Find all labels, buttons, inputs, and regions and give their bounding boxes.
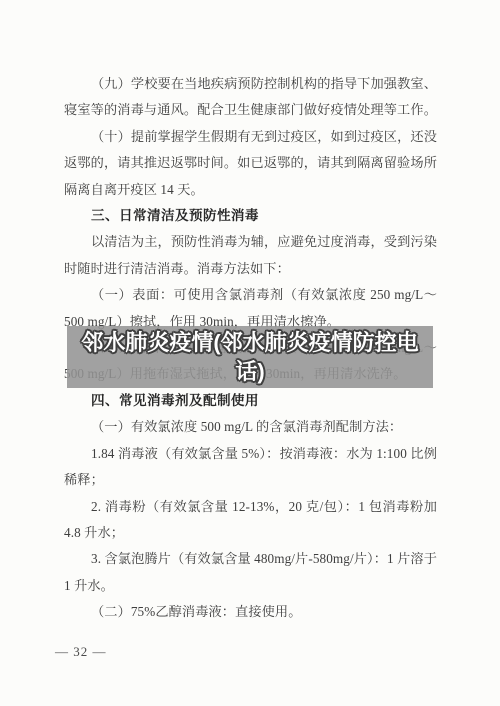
watermark-banner: 邻水肺炎疫情(邻水肺炎疫情防控电话) [67, 326, 433, 388]
page-number: — 32 — [55, 644, 107, 660]
document-line: 1.84 消毒液（有效氯含量 5%）：按消毒液：水为 1:100 比例 [64, 441, 437, 467]
document-line: 1 升水。 [64, 573, 437, 599]
document-line: （一）表面：可使用含氯消毒剂（有效氯浓度 250 mg/L～ [64, 282, 437, 308]
document-page: （九）学校要在当地疾病预防控制机构的指导下加强教室、 寝室等的消毒与通风。配合卫… [0, 0, 500, 706]
section-heading-daily-cleaning: 三、日常清洁及预防性消毒 [64, 203, 437, 229]
document-line: （一）有效氯浓度 500 mg/L 的含氯消毒剂配制方法： [64, 414, 437, 440]
section-heading-disinfectants: 四、常见消毒剂及配制使用 [64, 388, 437, 414]
document-line: 返鄂的，请其推迟返鄂时间。如已返鄂的，请其到隔离留验场所 [64, 150, 437, 176]
document-line: 稀释； [64, 467, 437, 493]
document-line: 隔离自离开疫区 14 天。 [64, 177, 437, 203]
watermark-title: 邻水肺炎疫情(邻水肺炎疫情防控电话) [74, 328, 426, 386]
document-line: （九）学校要在当地疾病预防控制机构的指导下加强教室、 [64, 71, 437, 97]
document-line: 2. 消毒粉（有效氯含量 12-13%，20 克/包）：1 包消毒粉加 [64, 494, 437, 520]
document-line: 时随时进行清洁消毒。消毒方法如下： [64, 256, 437, 282]
document-line: （十）提前掌握学生假期有无到过疫区，如到过疫区，还没 [64, 124, 437, 150]
document-line: 4.8 升水； [64, 520, 437, 546]
document-line: 寝室等的消毒与通风。配合卫生健康部门做好疫情处理等工作。 [64, 97, 437, 123]
document-line: （二）75%乙醇消毒液：直接使用。 [64, 599, 437, 625]
document-line: 以清洁为主，预防性消毒为辅，应避免过度消毒，受到污染 [64, 229, 437, 255]
document-line: 3. 含氯泡腾片（有效氯含量 480mg/片-580mg/片）：1 片溶于 [64, 546, 437, 572]
